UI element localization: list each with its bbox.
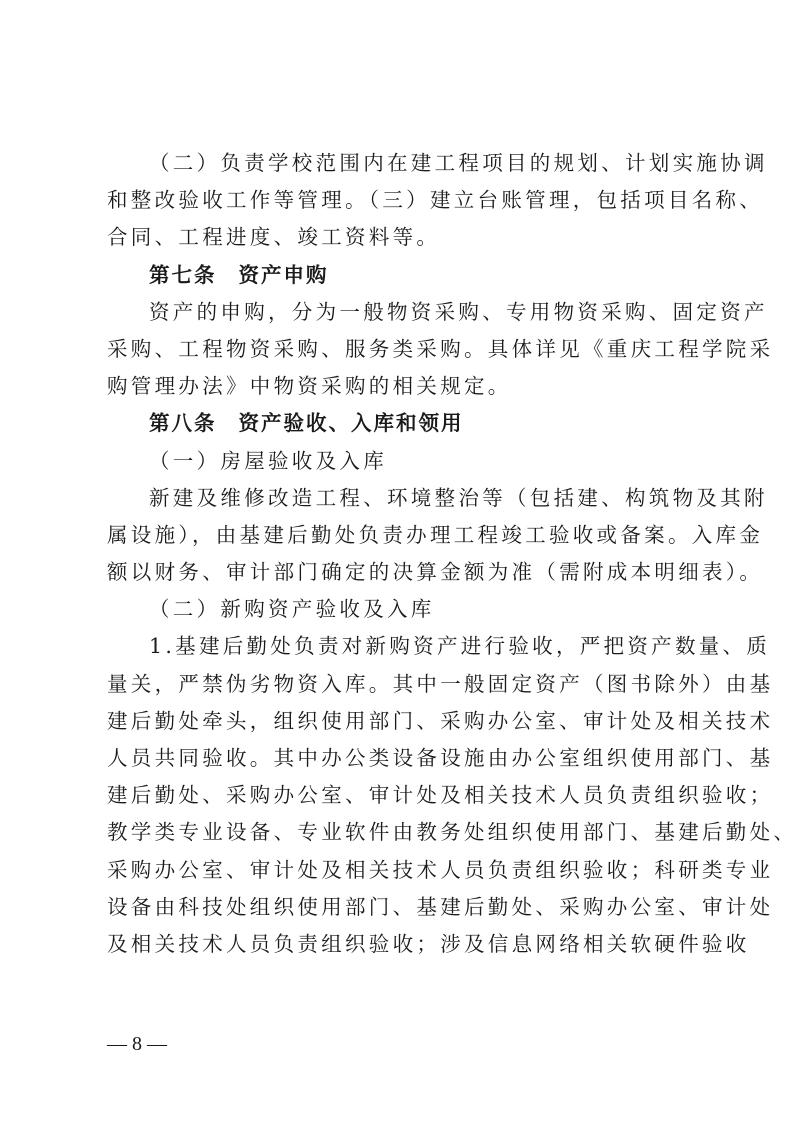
paragraph-project-management: （二）负责学校范围内在建工程项目的规划、计划实施协调 和整改验收工作等管理。（三… [107,145,693,257]
document-page: （二）负责学校范围内在建工程项目的规划、计划实施协调 和整改验收工作等管理。（三… [107,145,693,963]
paragraph-housing-acceptance: 新建及维修改造工程、环境整治等（包括建、构筑物及其附 属设施），由基建后勤处负责… [107,480,693,592]
paragraph-asset-purchase: 资产的申购，分为一般物资采购、专用物资采购、固定资产 采购、工程物资采购、服务类… [107,294,693,406]
text-line: 教学类专业设备、专业软件由教务处组织使用部门、基建后勤处、 [107,814,693,851]
text-line: 采购、工程物资采购、服务类采购。具体详见《重庆工程学院采 [107,331,693,368]
text-line: 购管理办法》中物资采购的相关规定。 [107,368,693,405]
article-heading-7: 第七条资产申购 [107,257,693,294]
text-line: 资产的申购，分为一般物资采购、专用物资采购、固定资产 [107,294,693,331]
page-number: — 8 — [107,1033,167,1056]
text-line: 和整改验收工作等管理。（三）建立台账管理，包括项目名称、 [107,182,693,219]
article-heading-8: 第八条资产验收、入库和领用 [107,405,693,442]
subheading-housing-acceptance: （一）房屋验收及入库 [107,443,693,480]
text-line: 建后勤处牵头，组织使用部门、采购办公室、审计处及相关技术 [107,703,693,740]
text-line: 额以财务、审计部门确定的决算金额为准（需附成本明细表）。 [107,554,693,591]
subheading-new-asset-acceptance: （二）新购资产验收及入库 [107,591,693,628]
paragraph-new-asset-acceptance: 1.基建后勤处负责对新购资产进行验收，严把资产数量、质 量关，严禁伪劣物资入库。… [107,628,693,963]
article-number: 第七条 [149,263,217,287]
text-line: 设备由科技处组织使用部门、基建后勤处、采购办公室、审计处 [107,889,693,926]
article-number: 第八条 [149,411,217,435]
article-title: 资产申购 [239,263,329,287]
text-line: 采购办公室、审计处及相关技术人员负责组织验收；科研类专业 [107,852,693,889]
text-line: 建后勤处、采购办公室、审计处及相关技术人员负责组织验收； [107,777,693,814]
text-line: 及相关技术人员负责组织验收；涉及信息网络相关软硬件验收 [107,926,693,963]
text-line: 量关，严禁伪劣物资入库。其中一般固定资产（图书除外）由基 [107,666,693,703]
text-line: 1.基建后勤处负责对新购资产进行验收，严把资产数量、质 [107,628,693,665]
article-title: 资产验收、入库和领用 [239,411,464,435]
text-line: 合同、工程进度、竣工资料等。 [107,219,693,256]
text-line: 人员共同验收。其中办公类设备设施由办公室组织使用部门、基 [107,740,693,777]
text-line: 新建及维修改造工程、环境整治等（包括建、构筑物及其附 [107,480,693,517]
text-line: 属设施），由基建后勤处负责办理工程竣工验收或备案。入库金 [107,517,693,554]
text-line: （二）负责学校范围内在建工程项目的规划、计划实施协调 [107,145,693,182]
